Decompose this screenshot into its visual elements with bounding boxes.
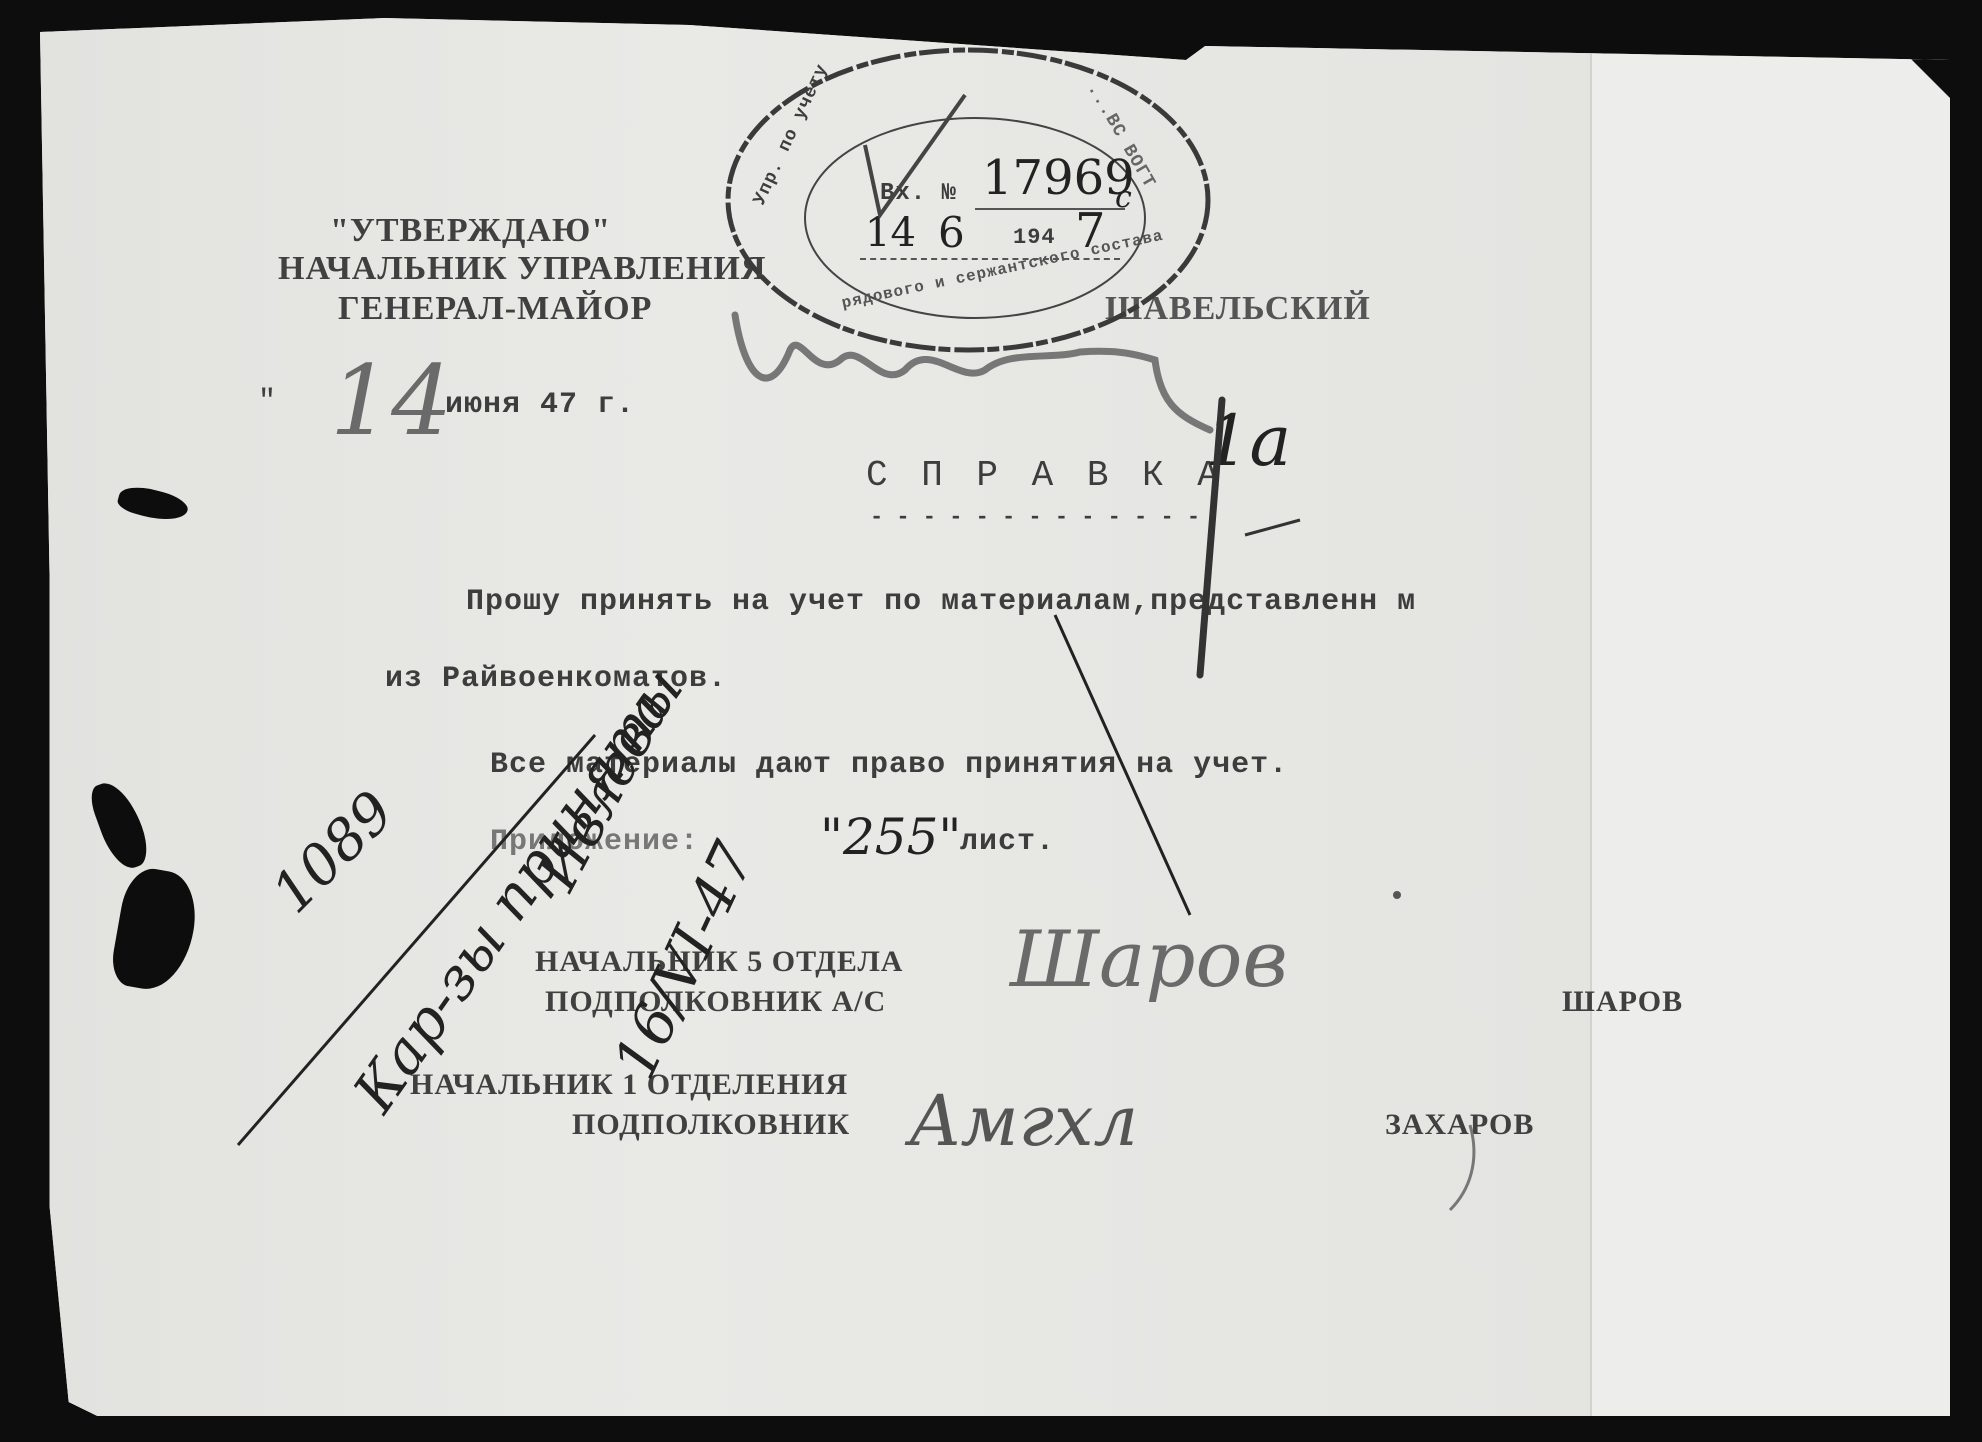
- approval-position: НАЧАЛЬНИК УПРАВЛЕНИЯ: [278, 250, 766, 288]
- approval-date-rest: июня 47 г.: [445, 388, 635, 422]
- stamp-date-month: 6: [938, 208, 965, 257]
- signature1-name: ШАРОВ: [1562, 985, 1683, 1019]
- approval-rank: ГЕНЕРАЛ-МАЙОР: [338, 290, 652, 328]
- approval-date-quote: ": [258, 385, 277, 419]
- attachment-count: "255": [820, 808, 961, 866]
- stamp-ellipses: [720, 40, 1220, 360]
- document-title: С П Р А В К А: [866, 455, 1225, 496]
- registration-stamp: Вх. № 17969 с 14 6 194 7 Упр. по учету .…: [720, 40, 1220, 360]
- signature1-autograph: Шаров: [1010, 915, 1288, 1005]
- attachment-unit: лист.: [960, 825, 1055, 859]
- folded-corner: [1870, 18, 1950, 98]
- stamp-year-prefix: 194: [1013, 225, 1056, 250]
- stamp-entry-number: 17969: [982, 150, 1135, 206]
- signature2-autograph: Aмгхл: [910, 1080, 1138, 1162]
- approval-quote: "УТВЕРЖДАЮ": [330, 212, 611, 250]
- signature2-name: ЗАХАРОВ: [1385, 1108, 1534, 1142]
- paper-right-strip: [1590, 18, 1952, 1416]
- stamp-date-day: 14: [865, 210, 916, 256]
- title-underline: - - - - - - - - - - - - -: [870, 505, 1200, 530]
- stamp-entry-label: Вх. №: [880, 180, 957, 207]
- signature1-rank: ПОДПОЛКОВНИК А/С: [545, 985, 886, 1019]
- title-annotation: 1а: [1205, 400, 1291, 482]
- signature2-rank: ПОДПОЛКОВНИК: [572, 1108, 850, 1142]
- approval-date-day: 14: [330, 345, 452, 457]
- body-para1-line1: Прошу принять на учет по материалам,пред…: [466, 585, 1416, 619]
